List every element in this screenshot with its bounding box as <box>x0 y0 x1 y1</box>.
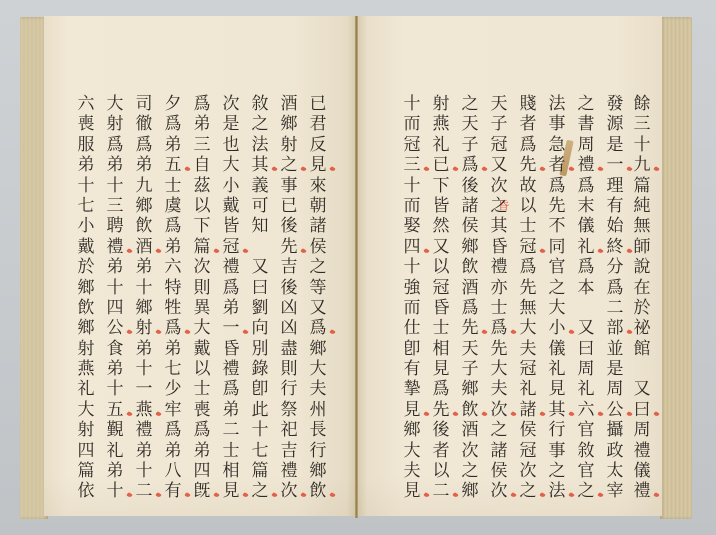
text-column: 已君反見來朝諸侯之等又爲鄉大夫州長行鄉飲 <box>307 94 329 502</box>
character: 一 <box>220 318 242 338</box>
character: 子 <box>459 359 481 379</box>
character: 先 <box>546 196 568 216</box>
character: 之 <box>546 461 568 481</box>
character: 礼 <box>104 441 126 461</box>
character: 鄉 <box>459 481 481 501</box>
character: 下 <box>430 176 452 196</box>
character: 下 <box>191 216 213 236</box>
character: 異 <box>191 298 213 318</box>
character: 士 <box>162 176 184 196</box>
character: 弟 <box>220 400 242 420</box>
character: 食 <box>104 339 126 359</box>
character: 是 <box>220 114 242 134</box>
character: 鄉 <box>459 237 481 257</box>
character: 後 <box>278 278 300 298</box>
character: 昏 <box>220 339 242 359</box>
character: 四 <box>191 461 213 481</box>
character: 酒 <box>133 237 155 257</box>
character: 士 <box>488 298 510 318</box>
character: 天 <box>459 114 481 134</box>
character: 法 <box>249 135 271 155</box>
character: 燕 <box>430 114 452 134</box>
character: 弟 <box>75 155 97 175</box>
character: 諸 <box>517 400 539 420</box>
character: 強 <box>401 278 423 298</box>
text-column: 十而冠三十而娶四十強而仕卽有摯見鄉大夫見 <box>401 94 423 502</box>
character: 之 <box>546 278 568 298</box>
character: 篇 <box>249 461 271 481</box>
character: 礼 <box>575 379 597 399</box>
character: 弟 <box>133 257 155 277</box>
character: 以 <box>430 461 452 481</box>
character: 本 <box>575 278 597 298</box>
character: 曰 <box>249 278 271 298</box>
column-space <box>249 237 271 257</box>
character: 弟 <box>104 359 126 379</box>
character: 篇 <box>631 176 653 196</box>
character: 之 <box>517 481 539 501</box>
character: 之 <box>249 481 271 501</box>
character: 弟 <box>162 339 184 359</box>
character: 四 <box>75 441 97 461</box>
character: 說 <box>631 257 653 277</box>
character: 以 <box>517 196 539 216</box>
character: 服 <box>75 135 97 155</box>
character: 凶 <box>278 298 300 318</box>
character: 敘 <box>575 441 597 461</box>
character: 徹 <box>133 114 155 134</box>
character: 於 <box>75 257 97 277</box>
character: 射 <box>75 339 97 359</box>
character: 爲 <box>575 176 597 196</box>
character: 可 <box>249 196 271 216</box>
character: 公 <box>104 318 126 338</box>
character: 之 <box>307 257 329 277</box>
character: 之 <box>575 94 597 114</box>
right-page-stack-edge <box>660 17 692 519</box>
character: 次 <box>278 481 300 501</box>
character: 以 <box>191 196 213 216</box>
character: 鄉 <box>133 298 155 318</box>
character: 爲 <box>604 278 626 298</box>
character: 仕 <box>401 318 423 338</box>
character: 者 <box>430 441 452 461</box>
character: 政 <box>604 441 626 461</box>
character: 娶 <box>401 216 423 236</box>
character: 爲 <box>430 379 452 399</box>
character: 皆 <box>430 196 452 216</box>
character: 次 <box>191 257 213 277</box>
text-column: 賤者爲先故以士冠爲先無大夫冠礼諸侯冠次之 <box>517 94 539 502</box>
character: 礼 <box>430 135 452 155</box>
character: 又 <box>575 318 597 338</box>
character: 小 <box>546 318 568 338</box>
character: 九 <box>133 176 155 196</box>
character: 十 <box>631 135 653 155</box>
character: 自 <box>191 155 213 175</box>
character: 十 <box>104 176 126 196</box>
character: 事 <box>278 176 300 196</box>
character: 大 <box>517 318 539 338</box>
character: 喪 <box>75 114 97 134</box>
character: 昏 <box>488 237 510 257</box>
character: 行 <box>546 420 568 440</box>
character: 次 <box>488 400 510 420</box>
character: 夫 <box>488 379 510 399</box>
character: 公 <box>604 400 626 420</box>
character: 三 <box>104 196 126 216</box>
character: 而 <box>401 196 423 216</box>
character: 十 <box>401 176 423 196</box>
character: 聘 <box>104 216 126 236</box>
character: 一 <box>604 155 626 175</box>
character: 賤 <box>517 94 539 114</box>
character: 爲 <box>517 257 539 277</box>
character: 是 <box>604 359 626 379</box>
text-column: 夕爲弟五士虞爲弟六特牲爲弟七少牢爲弟八有 <box>162 94 184 502</box>
character: 四 <box>104 298 126 318</box>
character: 終 <box>604 237 626 257</box>
character: 六 <box>575 400 597 420</box>
character: 酒 <box>278 94 300 114</box>
character: 又 <box>249 257 271 277</box>
character: 曰 <box>575 339 597 359</box>
character: 無 <box>631 216 653 236</box>
character: 亦 <box>488 278 510 298</box>
character: 戴 <box>75 237 97 257</box>
character: 二 <box>604 298 626 318</box>
character: 弟 <box>104 461 126 481</box>
character: 鄉 <box>133 196 155 216</box>
character: 十 <box>104 278 126 298</box>
character: 覲 <box>104 420 126 440</box>
character: 反 <box>307 135 329 155</box>
character: 見 <box>220 481 242 501</box>
text-column: 法事急者爲先不同官之大小儀礼見其行事之法 <box>546 94 568 502</box>
character: 三 <box>191 135 213 155</box>
character: 篇 <box>191 237 213 257</box>
text-column: 次是也大小戴皆冠禮爲弟一昏禮爲弟二士相見 <box>220 94 242 502</box>
character: 次 <box>220 94 242 114</box>
text-column: 射燕礼已下皆然又以冠昏士相見爲先後者以二 <box>430 94 452 502</box>
character: 卽 <box>401 339 423 359</box>
character: 禮 <box>220 359 242 379</box>
character: 鄉 <box>307 339 329 359</box>
character: 十 <box>133 461 155 481</box>
character: 七 <box>249 441 271 461</box>
character: 其 <box>546 400 568 420</box>
character: 射 <box>133 318 155 338</box>
character: 篇 <box>75 461 97 481</box>
character: 十 <box>401 94 423 114</box>
character: 爲 <box>517 135 539 155</box>
character: 摯 <box>401 379 423 399</box>
character: 有 <box>162 481 184 501</box>
character: 朝 <box>307 196 329 216</box>
character: 見 <box>546 379 568 399</box>
character: 已 <box>278 196 300 216</box>
character: 先 <box>278 237 300 257</box>
character: 之 <box>249 114 271 134</box>
character: 敘 <box>249 94 271 114</box>
character: 射 <box>75 420 97 440</box>
character: 諸 <box>488 441 510 461</box>
character: 吉 <box>278 441 300 461</box>
character: 爲 <box>575 257 597 277</box>
character: 弟 <box>133 155 155 175</box>
character: 飲 <box>459 257 481 277</box>
character: 牲 <box>162 298 184 318</box>
character: 射 <box>430 94 452 114</box>
character: 曰 <box>631 400 653 420</box>
character: 始 <box>604 216 626 236</box>
character: 師 <box>631 237 653 257</box>
character: 弟 <box>191 441 213 461</box>
character: 無 <box>517 298 539 318</box>
character: 爲 <box>191 420 213 440</box>
character: 禮 <box>488 257 510 277</box>
character: 爲 <box>191 94 213 114</box>
character: 礼 <box>575 237 597 257</box>
character: 相 <box>430 339 452 359</box>
character: 吉 <box>278 257 300 277</box>
character: 士 <box>191 379 213 399</box>
character: 則 <box>278 359 300 379</box>
text-column: 大射爲弟十三聘禮弟十四公食弟十五覲礼弟十 <box>104 94 126 502</box>
character: 儀 <box>575 216 597 236</box>
column-space <box>575 298 597 318</box>
character: 飲 <box>75 298 97 318</box>
character: 爲 <box>459 298 481 318</box>
character: 弟 <box>162 135 184 155</box>
character: 小 <box>220 176 242 196</box>
character: 次 <box>517 461 539 481</box>
character: 夫 <box>517 339 539 359</box>
character: 見 <box>307 155 329 175</box>
character: 茲 <box>191 176 213 196</box>
character: 諸 <box>307 216 329 236</box>
character: 弟 <box>191 114 213 134</box>
character: 皆 <box>220 216 242 236</box>
character: 太 <box>604 461 626 481</box>
character: 侯 <box>488 461 510 481</box>
character: 爲 <box>220 379 242 399</box>
character: 周 <box>631 420 653 440</box>
character: 以 <box>430 257 452 277</box>
character: 餘 <box>631 94 653 114</box>
character: 攝 <box>604 420 626 440</box>
character: 特 <box>162 278 184 298</box>
character: 大 <box>401 441 423 461</box>
character: 十 <box>75 176 97 196</box>
character: 又 <box>430 237 452 257</box>
character: 冠 <box>517 359 539 379</box>
character: 劉 <box>249 298 271 318</box>
character: 者 <box>517 114 539 134</box>
character: 飲 <box>459 400 481 420</box>
character: 爲 <box>162 216 184 236</box>
character: 喪 <box>191 400 213 420</box>
character: 鄉 <box>307 461 329 481</box>
character: 事 <box>546 114 568 134</box>
character: 禮 <box>133 420 155 440</box>
character: 十 <box>401 257 423 277</box>
character: 有 <box>401 359 423 379</box>
character: 天 <box>488 94 510 114</box>
character: 也 <box>220 135 242 155</box>
character: 者 <box>546 155 568 175</box>
character: 鄉 <box>75 278 97 298</box>
character: 後 <box>278 216 300 236</box>
character: 此 <box>249 400 271 420</box>
character: 侯 <box>307 237 329 257</box>
character: 爲 <box>162 318 184 338</box>
character: 禮 <box>220 257 242 277</box>
character: 行 <box>307 441 329 461</box>
character: 小 <box>75 216 97 236</box>
character: 侯 <box>459 216 481 236</box>
character: 並 <box>604 339 626 359</box>
character: 弟 <box>133 441 155 461</box>
character: 見 <box>401 481 423 501</box>
character: 十 <box>104 481 126 501</box>
character: 不 <box>546 216 568 236</box>
character: 九 <box>631 155 653 175</box>
character: 禮 <box>104 237 126 257</box>
character: 祀 <box>278 420 300 440</box>
character: 次 <box>459 441 481 461</box>
text-column: 酒鄉射之事已後先吉後凶凶盡則行祭祀吉禮次 <box>278 94 300 502</box>
character: 官 <box>575 461 597 481</box>
character: 弟 <box>220 298 242 318</box>
character: 旣 <box>191 481 213 501</box>
character: 周 <box>604 379 626 399</box>
photo-background: 昏 餘三十九篇純無師說在於祕館又曰周禮儀禮 發源是一理有始終分爲二部並是周公攝政… <box>0 0 716 535</box>
character: 冠 <box>401 135 423 155</box>
text-column: 六喪服弟十七小戴於鄉飲鄉射燕礼大射四篇依 <box>75 94 97 502</box>
character: 爲 <box>162 114 184 134</box>
character: 礼 <box>546 359 568 379</box>
character: 大 <box>546 298 568 318</box>
character: 急 <box>546 135 568 155</box>
character: 官 <box>546 257 568 277</box>
character: 酒 <box>459 278 481 298</box>
character: 末 <box>575 196 597 216</box>
character: 大 <box>307 359 329 379</box>
text-column: 之書周禮爲末儀礼爲本又曰周礼六官敘官之 <box>575 94 597 502</box>
character: 五 <box>104 400 126 420</box>
character: 則 <box>191 278 213 298</box>
character: 司 <box>133 94 155 114</box>
character: 六 <box>75 94 97 114</box>
character: 鄉 <box>278 114 300 134</box>
character: 七 <box>75 196 97 216</box>
character: 冠 <box>488 135 510 155</box>
character: 次 <box>488 481 510 501</box>
character: 三 <box>401 155 423 175</box>
character: 大 <box>104 94 126 114</box>
character: 礼 <box>517 379 539 399</box>
character: 夫 <box>307 379 329 399</box>
character: 其 <box>488 216 510 236</box>
character: 先 <box>517 155 539 175</box>
character: 二 <box>133 481 155 501</box>
character: 子 <box>488 114 510 134</box>
character: 源 <box>604 114 626 134</box>
character: 三 <box>631 114 653 134</box>
character: 先 <box>459 318 481 338</box>
character: 法 <box>546 481 568 501</box>
character: 又 <box>631 379 653 399</box>
character: 燕 <box>75 359 97 379</box>
character: 後 <box>459 176 481 196</box>
character: 故 <box>517 176 539 196</box>
character: 一 <box>133 379 155 399</box>
character: 事 <box>546 441 568 461</box>
character: 有 <box>604 196 626 216</box>
character: 君 <box>307 114 329 134</box>
character: 先 <box>517 278 539 298</box>
character: 周 <box>575 135 597 155</box>
character: 而 <box>401 114 423 134</box>
character: 爲 <box>220 278 242 298</box>
text-column: 司徹爲弟九鄉飲酒弟十鄉射弟十一燕禮弟十二 <box>133 94 155 502</box>
character: 士 <box>220 441 242 461</box>
character: 礼 <box>75 379 97 399</box>
character: 儀 <box>546 339 568 359</box>
character: 戴 <box>191 339 213 359</box>
character: 士 <box>430 318 452 338</box>
character: 禮 <box>278 461 300 481</box>
text-column: 天子冠又次之其昏禮亦士爲先大夫次之諸侯次 <box>488 94 510 502</box>
character: 之 <box>459 461 481 481</box>
character: 侯 <box>517 420 539 440</box>
character: 義 <box>249 176 271 196</box>
character: 戴 <box>220 196 242 216</box>
character: 鄉 <box>401 420 423 440</box>
character: 宰 <box>604 481 626 501</box>
character: 夕 <box>162 94 184 114</box>
character: 部 <box>604 318 626 338</box>
character: 少 <box>162 379 184 399</box>
character: 純 <box>631 196 653 216</box>
character: 爲 <box>546 176 568 196</box>
character: 爲 <box>459 155 481 175</box>
character: 爲 <box>133 135 155 155</box>
book-spine-gutter <box>355 16 358 518</box>
character: 於 <box>631 298 653 318</box>
character: 酒 <box>459 420 481 440</box>
character: 長 <box>307 420 329 440</box>
character: 十 <box>249 420 271 440</box>
character: 四 <box>401 237 423 257</box>
character: 其 <box>249 155 271 175</box>
character: 飲 <box>133 216 155 236</box>
character: 鄉 <box>459 379 481 399</box>
character: 大 <box>75 400 97 420</box>
character: 已 <box>430 155 452 175</box>
character: 來 <box>307 176 329 196</box>
character: 先 <box>430 400 452 420</box>
character: 發 <box>604 94 626 114</box>
character: 十 <box>133 359 155 379</box>
character: 相 <box>220 461 242 481</box>
character: 見 <box>430 359 452 379</box>
character: 冠 <box>220 237 242 257</box>
character: 大 <box>488 359 510 379</box>
character: 燕 <box>133 400 155 420</box>
character: 弟 <box>162 237 184 257</box>
